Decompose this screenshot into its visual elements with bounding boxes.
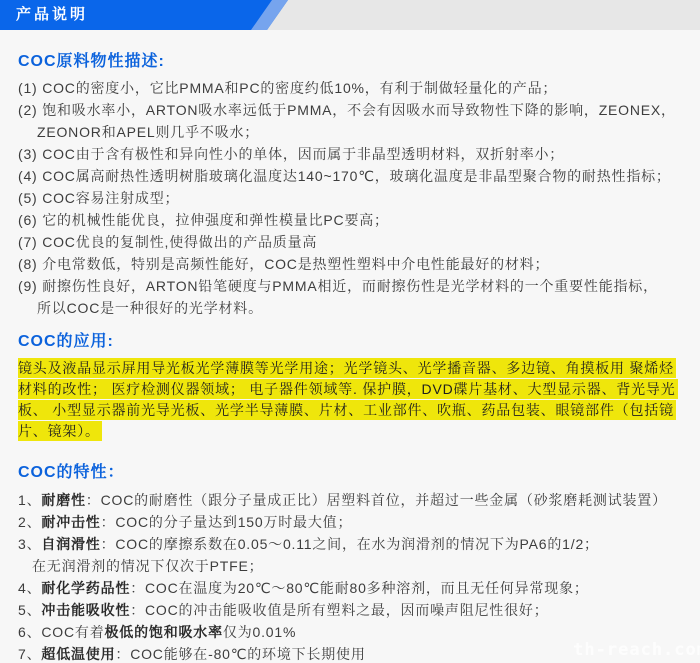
highlight-line: 板、 小型显示器前光导光板、光学半导薄膜、片材、工业部件、吹瓶、药品包装、眼镜部… [18, 400, 692, 421]
section-heading-applications: COC的应用: [18, 332, 692, 352]
feature-text: ：COC的耐磨性（跟分子量成正比）居塑料首位，并超过一些金属（砂浆磨耗测试装置） [86, 492, 667, 508]
feature-line: 在无润滑剂的情况下仅次于PTFE； [18, 555, 692, 577]
feature-term: 超低温使用 [41, 646, 115, 662]
page: 产品说明 COC原料物性描述: (1) COC的密度小，它比PMMA和PC的密度… [0, 0, 700, 663]
header-gray-band [267, 0, 700, 30]
feature-line: 7、超低温使用：COC能够在-80℃的环境下长期使用 [18, 643, 692, 663]
description-line: ZEONOR和APEL则几乎不吸水； [18, 121, 692, 143]
feature-line: 2、耐冲击性：COC的分子量达到150万时最大值； [18, 511, 692, 533]
highlight-line: 材料的改性； 医疗检测仪器领域； 电子器件领域等. 保护膜，DVD碟片基材、大型… [18, 379, 692, 400]
content-area: COC原料物性描述: (1) COC的密度小，它比PMMA和PC的密度约低10%… [0, 52, 700, 663]
feature-text: 4、 [18, 580, 41, 596]
feature-line: 6、COC有着极低的饱和吸水率仅为0.01% [18, 621, 692, 643]
description-list: (1) COC的密度小，它比PMMA和PC的密度约低10%，有利于制做轻量化的产… [18, 77, 692, 319]
feature-text: ：COC的分子量达到150万时最大值； [101, 514, 353, 530]
highlight-text: 板、 小型显示器前光导光板、光学半导薄膜、片材、工业部件、吹瓶、药品包装、眼镜部… [18, 400, 676, 420]
feature-line: 5、冲击能吸收性：COC的冲击能吸收值是所有塑料之最，因而噪声阻尼性很好； [18, 599, 692, 621]
feature-term: 极低的饱和吸水率 [105, 624, 223, 640]
features-list: 1、耐磨性：COC的耐磨性（跟分子量成正比）居塑料首位，并超过一些金属（砂浆磨耗… [18, 489, 692, 663]
header-bar: 产品说明 [0, 0, 700, 30]
description-line: (3) COC由于含有极性和异向性小的单体，因而属于非晶型透明材料，双折射率小； [18, 143, 692, 165]
section-heading-features: COC的特性： [18, 463, 692, 483]
feature-text: 5、 [18, 602, 41, 618]
feature-text: 在无润滑剂的情况下仅次于PTFE； [32, 558, 263, 574]
feature-text: 3、 [18, 536, 41, 552]
highlight-text: 镜头及液晶显示屏用导光板光学薄膜等光学用途；光学镜头、光学播音器、多边镜、角摸板… [18, 358, 676, 378]
description-line: 所以COC是一种很好的光学材料。 [18, 297, 692, 319]
description-line: (5) COC容易注射成型； [18, 187, 692, 209]
feature-text: ：COC能够在-80℃的环境下长期使用 [115, 646, 365, 662]
description-line: (2) 饱和吸水率小，ARTON吸水率远低于PMMA，不会有因吸水而导致物性下降… [18, 99, 692, 121]
page-title: 产品说明 [16, 0, 88, 30]
description-line: (9) 耐擦伤性良好，ARTON铅笔硬度与PMMA相近，而耐擦伤性是光学材料的一… [18, 275, 692, 297]
description-line: (6) 它的机械性能优良，拉伸强度和弹性模量比PC要高； [18, 209, 692, 231]
highlight-line: 镜头及液晶显示屏用导光板光学薄膜等光学用途；光学镜头、光学播音器、多边镜、角摸板… [18, 358, 692, 379]
feature-term: 耐冲击性 [41, 514, 100, 530]
feature-text: 6、COC有着 [18, 624, 105, 640]
feature-text: 2、 [18, 514, 41, 530]
feature-text: 1、 [18, 492, 41, 508]
feature-text: 7、 [18, 646, 41, 662]
description-line: (8) 介电常数低，特别是高频性能好，COC是热塑性塑料中介电性能最好的材料； [18, 253, 692, 275]
feature-line: 4、耐化学药品性：COC在温度为20℃～80℃能耐80多种溶剂，而且无任何异常现… [18, 577, 692, 599]
feature-term: 耐磨性 [41, 492, 85, 508]
description-line: (4) COC属高耐热性透明树脂玻璃化温度达140~170℃，玻璃化温度是非晶型… [18, 165, 692, 187]
highlight-text: 片、镜架）。 [18, 421, 102, 441]
feature-text: 仅为0.01% [223, 624, 296, 640]
feature-line: 3、自润滑性：COC的摩擦系数在0.05～0.11之间，在水为润滑剂的情况下为P… [18, 533, 692, 555]
feature-term: 耐化学药品性 [41, 580, 130, 596]
feature-text: ：COC在温度为20℃～80℃能耐80多种溶剂，而且无任何异常现象； [130, 580, 588, 596]
feature-text: ：COC的摩擦系数在0.05～0.11之间，在水为润滑剂的情况下为PA6的1/2… [101, 536, 599, 552]
feature-line: 1、耐磨性：COC的耐磨性（跟分子量成正比）居塑料首位，并超过一些金属（砂浆磨耗… [18, 489, 692, 511]
feature-term: 冲击能吸收性 [41, 602, 130, 618]
section-heading-description: COC原料物性描述: [18, 52, 692, 72]
highlight-line: 片、镜架）。 [18, 421, 692, 442]
applications-list: 镜头及液晶显示屏用导光板光学薄膜等光学用途；光学镜头、光学播音器、多边镜、角摸板… [18, 358, 692, 442]
feature-term: 自润滑性 [41, 536, 100, 552]
highlight-text: 材料的改性； 医疗检测仪器领域； 电子器件领域等. 保护膜，DVD碟片基材、大型… [18, 379, 678, 399]
feature-text: ：COC的冲击能吸收值是所有塑料之最，因而噪声阻尼性很好； [130, 602, 548, 618]
description-line: (1) COC的密度小，它比PMMA和PC的密度约低10%，有利于制做轻量化的产… [18, 77, 692, 99]
description-line: (7) COC优良的复制性,使得做出的产品质量高 [18, 231, 692, 253]
